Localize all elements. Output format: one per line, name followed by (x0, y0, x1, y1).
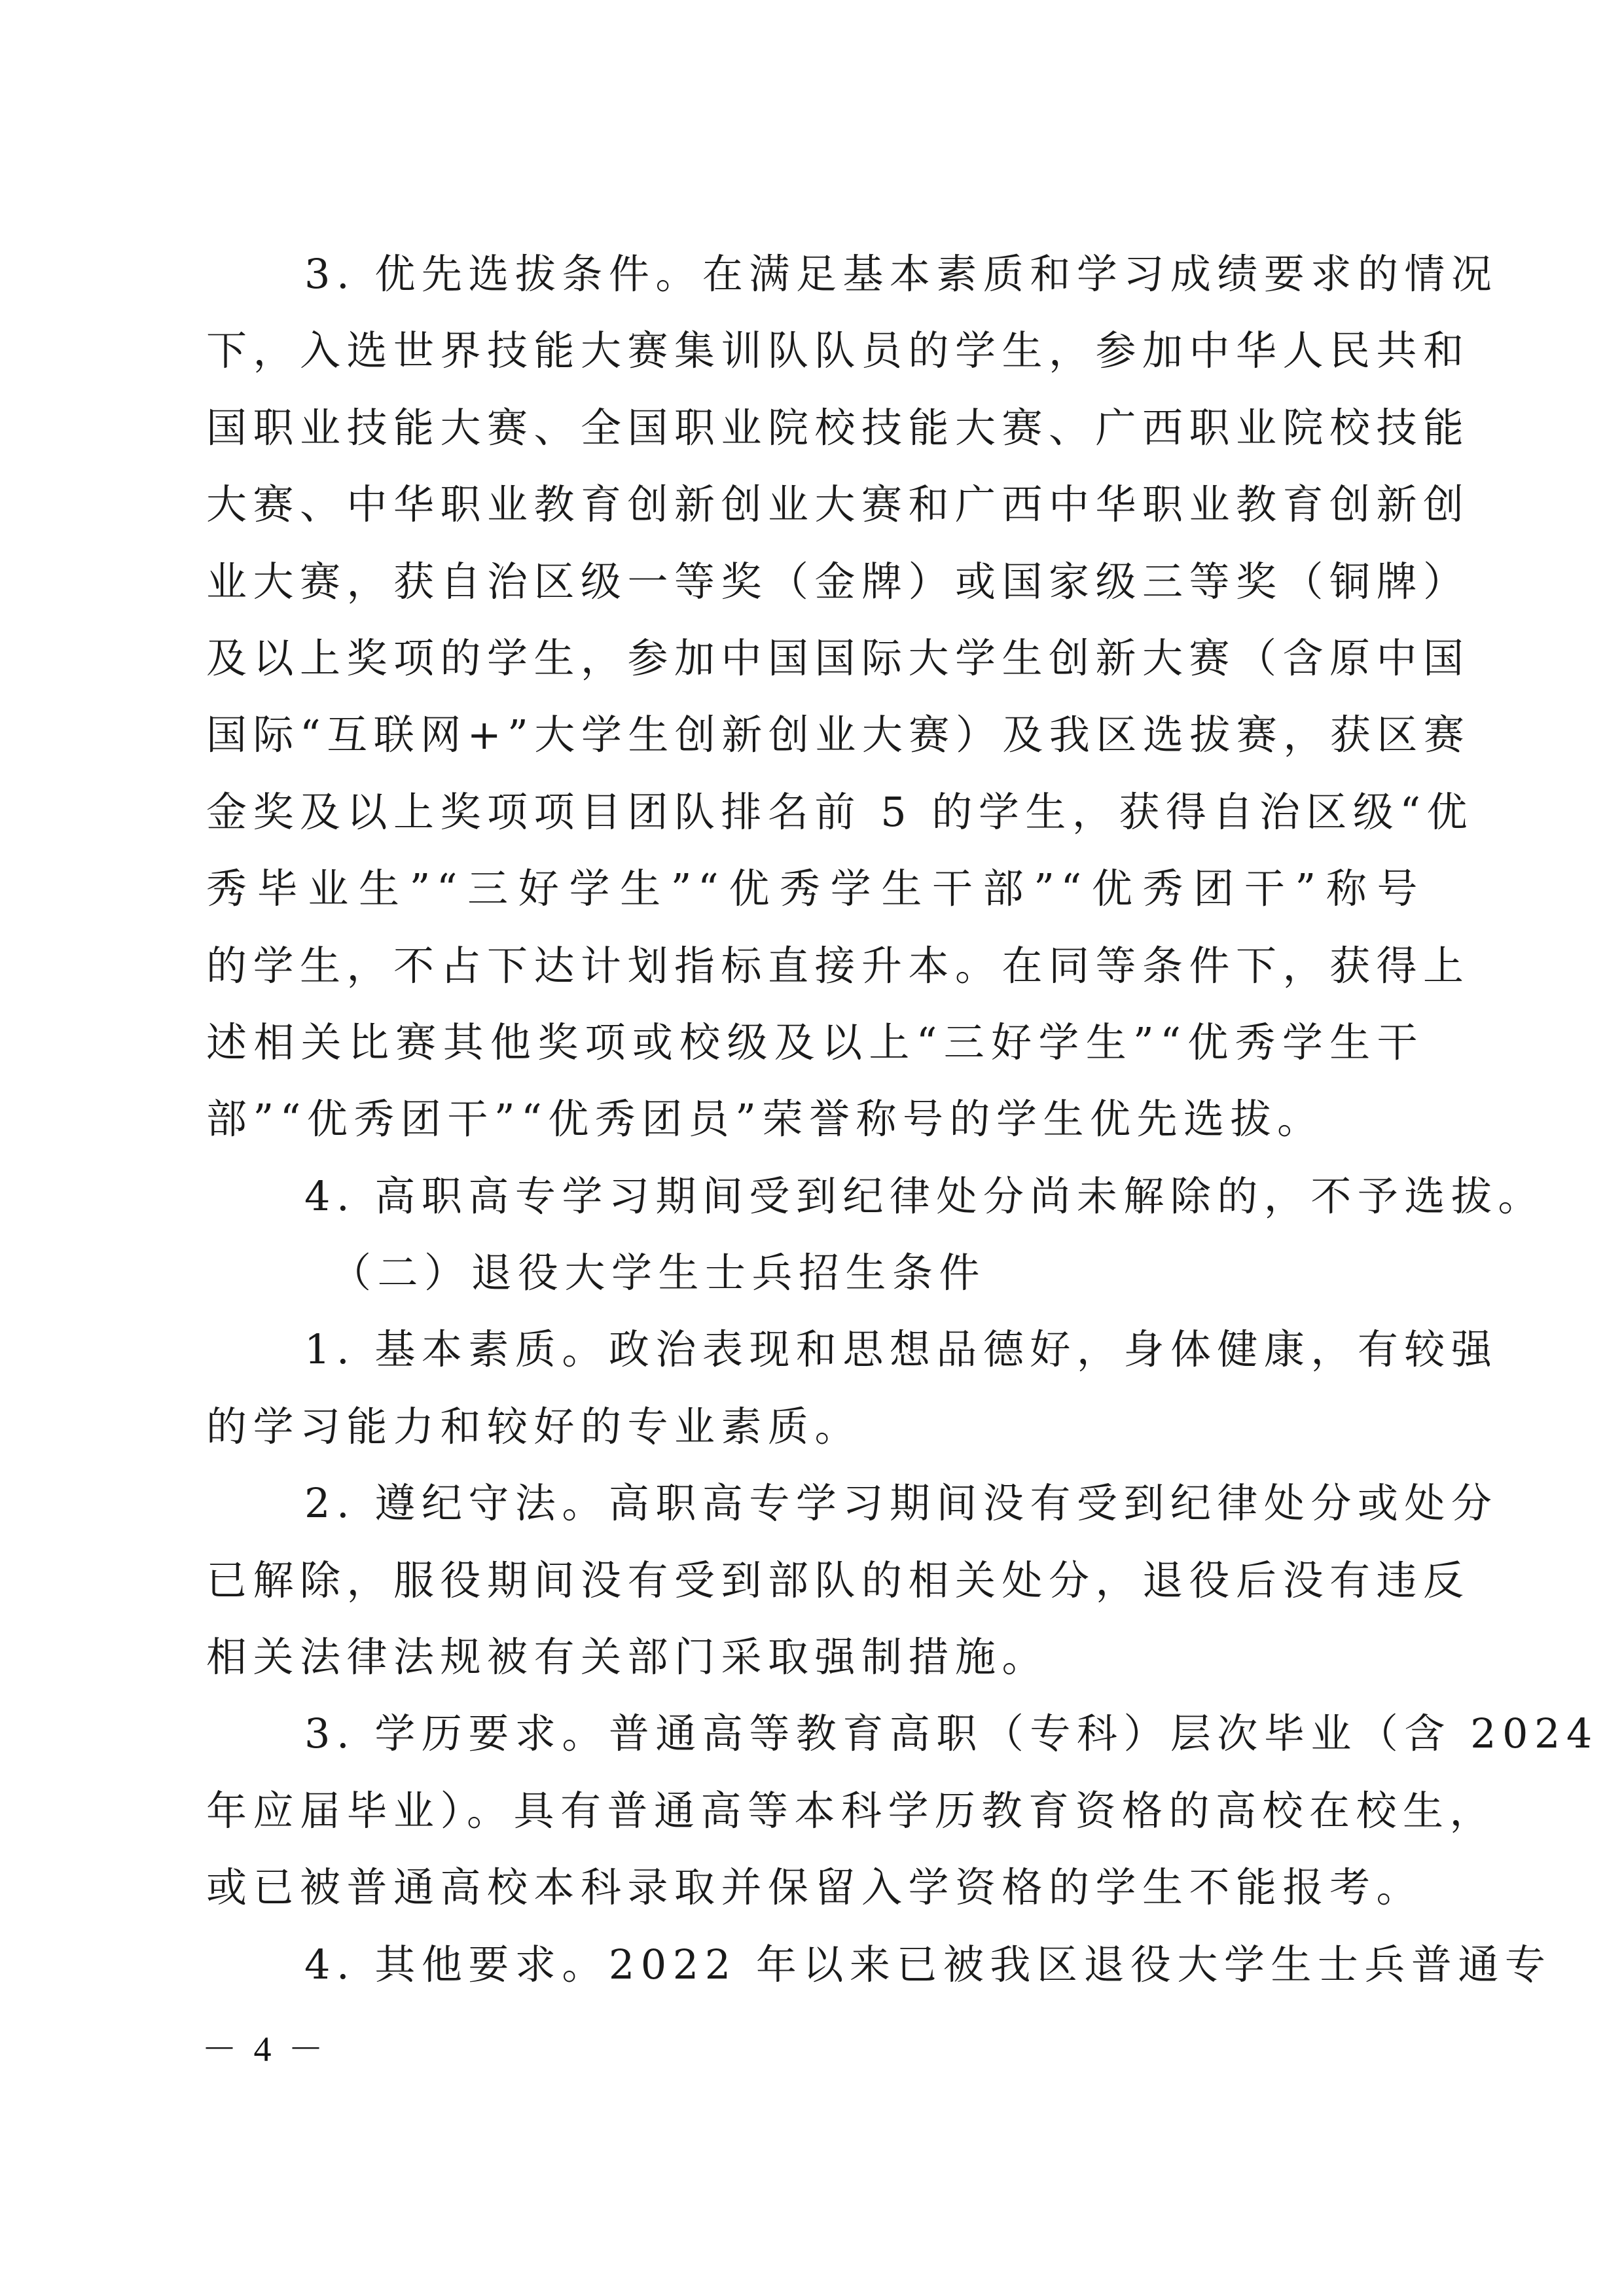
text-line: 2. 遵纪守法。高职高专学习期间没有受到纪律处分或处分 (206, 1465, 1424, 1541)
section-heading: （二）退役大学生士兵招生条件 (206, 1234, 1424, 1311)
text-line: 业大赛，获自治区级一等奖（金牌）或国家级三等奖（铜牌） (206, 543, 1424, 620)
text-line: 3. 学历要求。普通高等教育高职（专科）层次毕业（含 2024 (206, 1695, 1424, 1772)
text-line: 年应届毕业）。具有普通高等本科学历教育资格的高校在校生， (206, 1772, 1424, 1849)
text-line: 4. 其他要求。2022 年以来已被我区退役大学生士兵普通专 (206, 1926, 1424, 2003)
text-line: 的学生，不占下达计划指标直接升本。在同等条件下，获得上 (206, 927, 1424, 1004)
paragraph-law-abiding: 2. 遵纪守法。高职高专学习期间没有受到纪律处分或处分 已解除，服役期间没有受到… (206, 1465, 1424, 1695)
text-line: 大赛、中华职业教育创新创业大赛和广西中华职业教育创新创 (206, 466, 1424, 543)
document-page: 3. 优先选拔条件。在满足基本素质和学习成绩要求的情况 下，入选世界技能大赛集训… (0, 0, 1624, 2296)
text-line: 国职业技能大赛、全国职业院校技能大赛、广西职业院校技能 (206, 389, 1424, 466)
text-line: 3. 优先选拔条件。在满足基本素质和学习成绩要求的情况 (206, 236, 1424, 312)
text-line: 或已被普通高校本科录取并保留入学资格的学生不能报考。 (206, 1849, 1424, 1926)
text-line: 述相关比赛其他奖项或校级及以上“三好学生”“优秀学生干 (206, 1004, 1424, 1081)
text-line: 1. 基本素质。政治表现和思想品德好，身体健康，有较强 (206, 1311, 1424, 1388)
text-line: 秀毕业生”“三好学生”“优秀学生干部”“优秀团干”称号 (206, 850, 1424, 927)
paragraph-other-requirements: 4. 其他要求。2022 年以来已被我区退役大学生士兵普通专 (206, 1926, 1424, 2003)
paragraph-priority-selection: 3. 优先选拔条件。在满足基本素质和学习成绩要求的情况 下，入选世界技能大赛集训… (206, 236, 1424, 1158)
paragraph-disciplinary: 4. 高职高专学习期间受到纪律处分尚未解除的，不予选拔。 (206, 1158, 1424, 1234)
text-line: 金奖及以上奖项项目团队排名前 5 的学生，获得自治区级“优 (206, 774, 1424, 850)
paragraph-basic-quality: 1. 基本素质。政治表现和思想品德好，身体健康，有较强 的学习能力和较好的专业素… (206, 1311, 1424, 1465)
text-line: 4. 高职高专学习期间受到纪律处分尚未解除的，不予选拔。 (206, 1158, 1424, 1234)
document-body: 3. 优先选拔条件。在满足基本素质和学习成绩要求的情况 下，入选世界技能大赛集训… (206, 236, 1424, 2003)
section-heading-veterans: （二）退役大学生士兵招生条件 (206, 1234, 1424, 1311)
text-line: 及以上奖项的学生，参加中国国际大学生创新大赛（含原中国 (206, 620, 1424, 696)
text-line: 已解除，服役期间没有受到部队的相关处分，退役后没有违反 (206, 1542, 1424, 1619)
text-line: 下，入选世界技能大赛集训队队员的学生，参加中华人民共和 (206, 312, 1424, 389)
text-line: 部”“优秀团干”“优秀团员”荣誉称号的学生优先选拔。 (206, 1081, 1424, 1157)
text-line: 的学习能力和较好的专业素质。 (206, 1388, 1424, 1465)
text-line: 相关法律法规被有关部门采取强制措施。 (206, 1619, 1424, 1695)
paragraph-education: 3. 学历要求。普通高等教育高职（专科）层次毕业（含 2024 年应届毕业）。具… (206, 1695, 1424, 1926)
page-number: － 4 － (202, 2021, 327, 2072)
text-line: 国际“互联网+”大学生创新创业大赛）及我区选拔赛，获区赛 (206, 696, 1424, 773)
